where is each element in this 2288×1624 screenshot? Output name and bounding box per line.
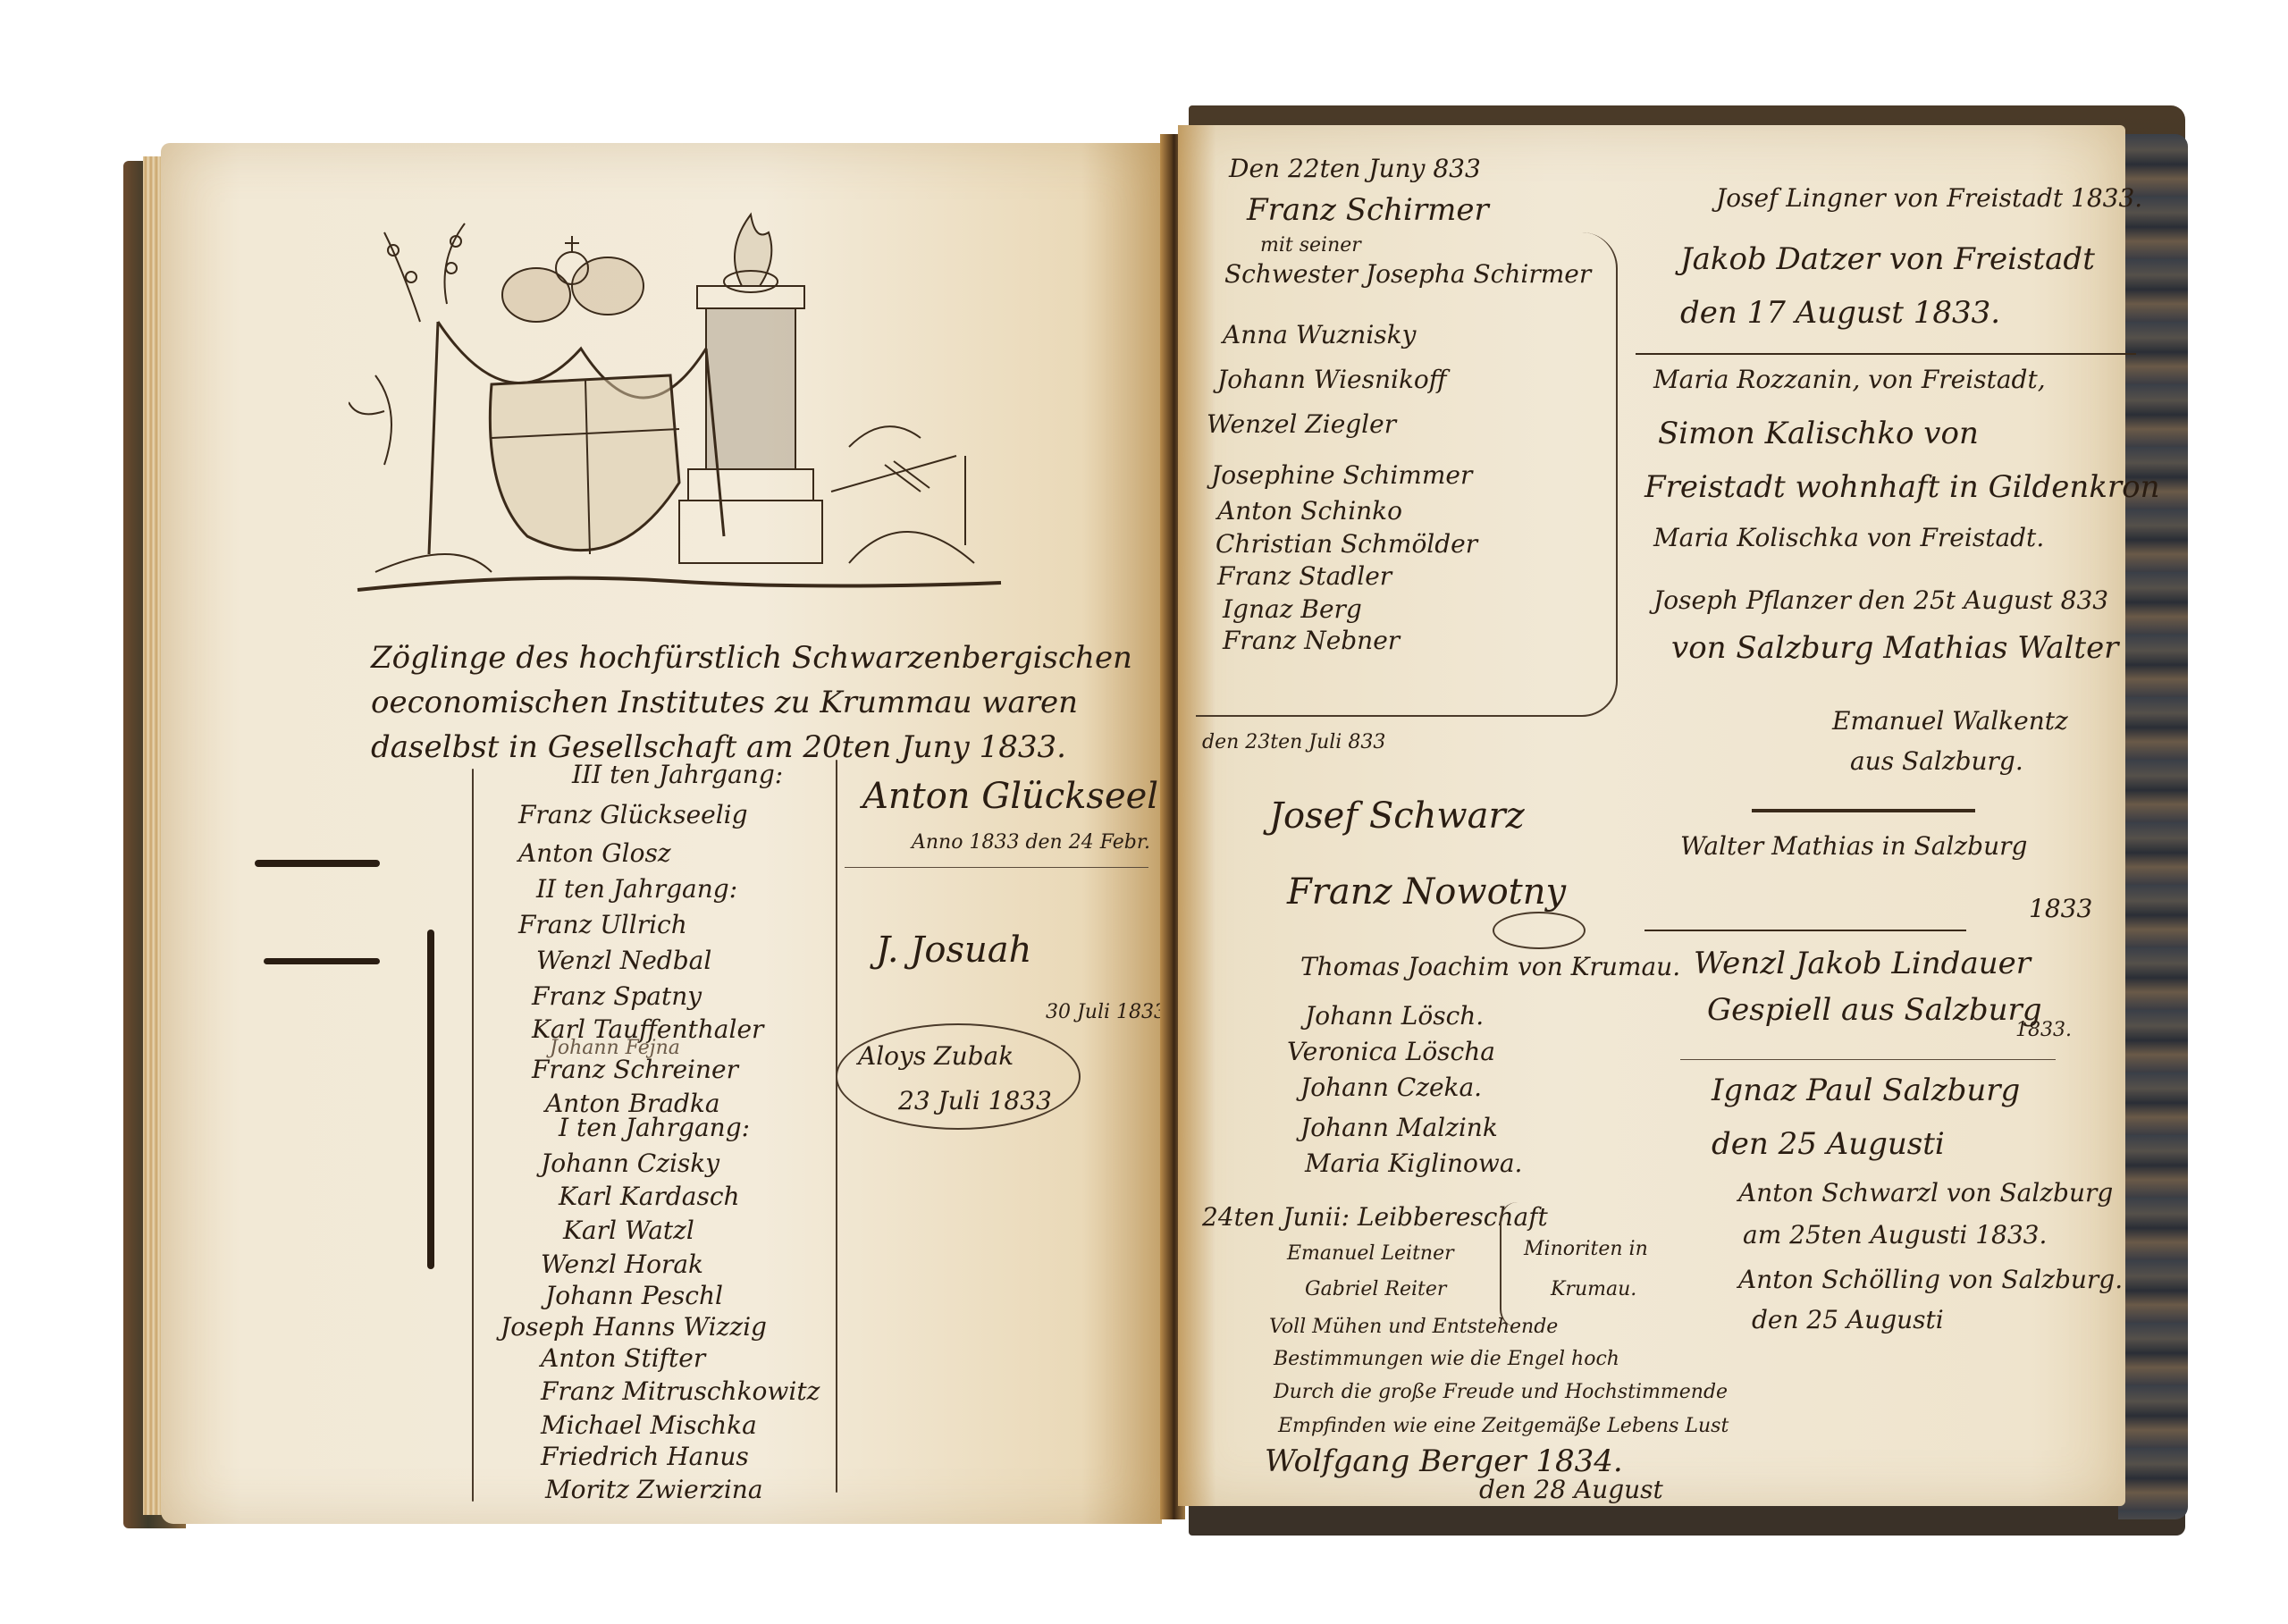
entry-line: Wenzl Jakob Lindauer — [1694, 946, 2031, 981]
student-name: Franz Ullrich — [518, 910, 687, 939]
entry-line: Simon Kalischko von — [1658, 416, 1979, 451]
entry-line: von Salzburg Mathias Walter — [1671, 630, 2118, 666]
coat-of-arms-engraving-icon — [349, 197, 1010, 608]
student-name: Joseph Hanns Wizzig — [500, 1312, 767, 1342]
student-name: Friedrich Hanus — [541, 1442, 749, 1471]
student-name: Wenzl Horak — [541, 1250, 703, 1279]
entry-line: Josef Schwarz — [1269, 795, 1525, 837]
open-book: Zöglinge des hochfürstlich Schwarzenberg… — [0, 0, 2288, 1624]
entry-line: Maria Kolischka von Freistadt. — [1653, 523, 2044, 552]
entry-date: den 23ten Juli 833 — [1202, 731, 1385, 753]
entry-line: Franz Nowotny — [1287, 871, 1566, 913]
entry-line: Emanuel Leitner — [1287, 1242, 1454, 1265]
ink-stroke — [264, 958, 380, 964]
signature-date: Anno 1833 den 24 Febr. — [912, 831, 1150, 854]
entry-line: Walter Mathias in Salzburg — [1680, 831, 2027, 861]
divider — [1644, 930, 1966, 931]
roster-border-left — [472, 769, 474, 1502]
student-name: Karl Watzl — [563, 1216, 694, 1245]
entry-line: Maria Kiglinowa. — [1305, 1149, 1522, 1178]
entry-line: Joseph Pflanzer den 25t August 833 — [1653, 585, 2108, 615]
entry-line: Ignaz Paul Salzburg — [1712, 1073, 2020, 1108]
divider — [1680, 1059, 2056, 1060]
divider — [1752, 809, 1975, 812]
entry-line: Emanuel Walkentz — [1832, 706, 2068, 736]
group-label-second-year: II ten Jahrgang: — [536, 874, 737, 904]
entry-line: Veronica Löscha — [1287, 1037, 1495, 1066]
entry-line: Josef Lingner von Freistadt 1833. — [1716, 183, 2142, 213]
signature-aloys-zubak: Aloys Zubak — [858, 1041, 1014, 1071]
entry-line: Wolfgang Berger 1834. — [1265, 1443, 1623, 1479]
student-name: Anton Stifter — [541, 1343, 705, 1373]
flourished-signature: J. Josuah — [876, 930, 1031, 971]
entry-year: 1833 — [2029, 894, 2092, 923]
entry-line: Bestimmungen wie die Engel hoch — [1274, 1348, 1619, 1370]
entry-line: aus Salzburg. — [1850, 746, 2023, 776]
group-label-first-year: I ten Jahrgang: — [559, 1113, 750, 1142]
entry-line: am 25ten Augusti 1833. — [1743, 1220, 2047, 1250]
entry-line: Gespiell aus Salzburg — [1707, 992, 2042, 1028]
entry-line: Johann Malzink — [1300, 1113, 1498, 1142]
roster-border-right — [836, 760, 837, 1493]
student-name: Johann Czisky — [541, 1149, 719, 1178]
divider — [1636, 353, 2136, 355]
student-name: Franz Schreiner — [532, 1055, 738, 1084]
entry-date: 24ten Junii: Leibbereschaft — [1202, 1202, 1548, 1232]
entry-line: Anton Schwarzl von Salzburg — [1738, 1178, 2113, 1207]
entry-line: Johann Lösch. — [1305, 1001, 1484, 1031]
entry-line: Empfinden wie eine Zeitgemäße Lebens Lus… — [1278, 1415, 1729, 1437]
ink-stroke — [255, 860, 380, 867]
entry-line: den 25 Augusti — [1752, 1305, 1944, 1334]
entry-line: den 28 August — [1479, 1475, 1663, 1504]
student-name: Wenzl Nedbal — [536, 946, 711, 975]
student-name: Michael Mischka — [541, 1410, 757, 1440]
entry-line: Thomas Joachim von Krumau. — [1300, 952, 1680, 981]
signature-date: 23 Juli 1833 — [898, 1086, 1052, 1115]
entry-bracket — [1196, 232, 1618, 717]
entry-line: Franz Schirmer — [1247, 192, 1489, 228]
signature-date: 30 Juli 1833 — [1046, 1001, 1166, 1023]
student-name: Moritz Zwierzina — [545, 1475, 763, 1504]
student-name: Anton Glosz — [518, 838, 671, 868]
entry-year: 1833. — [2015, 1019, 2072, 1041]
page-heading-line-1: Zöglinge des hochfürstlich Schwarzenberg… — [371, 640, 1132, 676]
group-label-third-year: III ten Jahrgang: — [572, 760, 783, 789]
entry-line: Anton Schölling von Salzburg. — [1738, 1265, 2123, 1294]
entry-line: Maria Rozzanin, von Freistadt, — [1653, 365, 2046, 394]
entry-line: Gabriel Reiter — [1305, 1278, 1446, 1300]
flourish-oval — [1493, 912, 1586, 949]
bracket-note: Minoriten in — [1524, 1238, 1648, 1260]
student-name: Franz Mitruschkowitz — [541, 1376, 820, 1406]
student-name: Johann Peschl — [545, 1281, 723, 1310]
student-name: Franz Spatny — [532, 981, 702, 1011]
entry-line: Johann Czeka. — [1300, 1073, 1482, 1102]
entry-line: Freistadt wohnhaft in Gildenkron — [1644, 469, 2160, 505]
signature-anton-glueckseelig: Anton Glückseelig — [862, 776, 1193, 817]
student-name: Karl Kardasch — [559, 1182, 740, 1211]
entry-brace — [1500, 1202, 1519, 1327]
bracket-note: Krumau. — [1551, 1278, 1636, 1300]
entry-line: den 17 August 1833. — [1680, 295, 2000, 331]
entry-line: Durch die große Freude und Hochstimmende — [1274, 1381, 1728, 1403]
vertical-struck-inscription — [427, 930, 434, 1269]
entry-line: Jakob Datzer von Freistadt — [1680, 241, 2095, 277]
student-name: Franz Glückseelig — [518, 800, 748, 829]
divider — [845, 867, 1148, 868]
entry-date: Den 22ten Juny 833 — [1229, 154, 1481, 183]
marbled-cover-edge — [2118, 134, 2188, 1519]
page-heading-line-2: oeconomischen Institutes zu Krummau ware… — [371, 685, 1078, 720]
entry-line: den 25 Augusti — [1712, 1126, 1945, 1162]
